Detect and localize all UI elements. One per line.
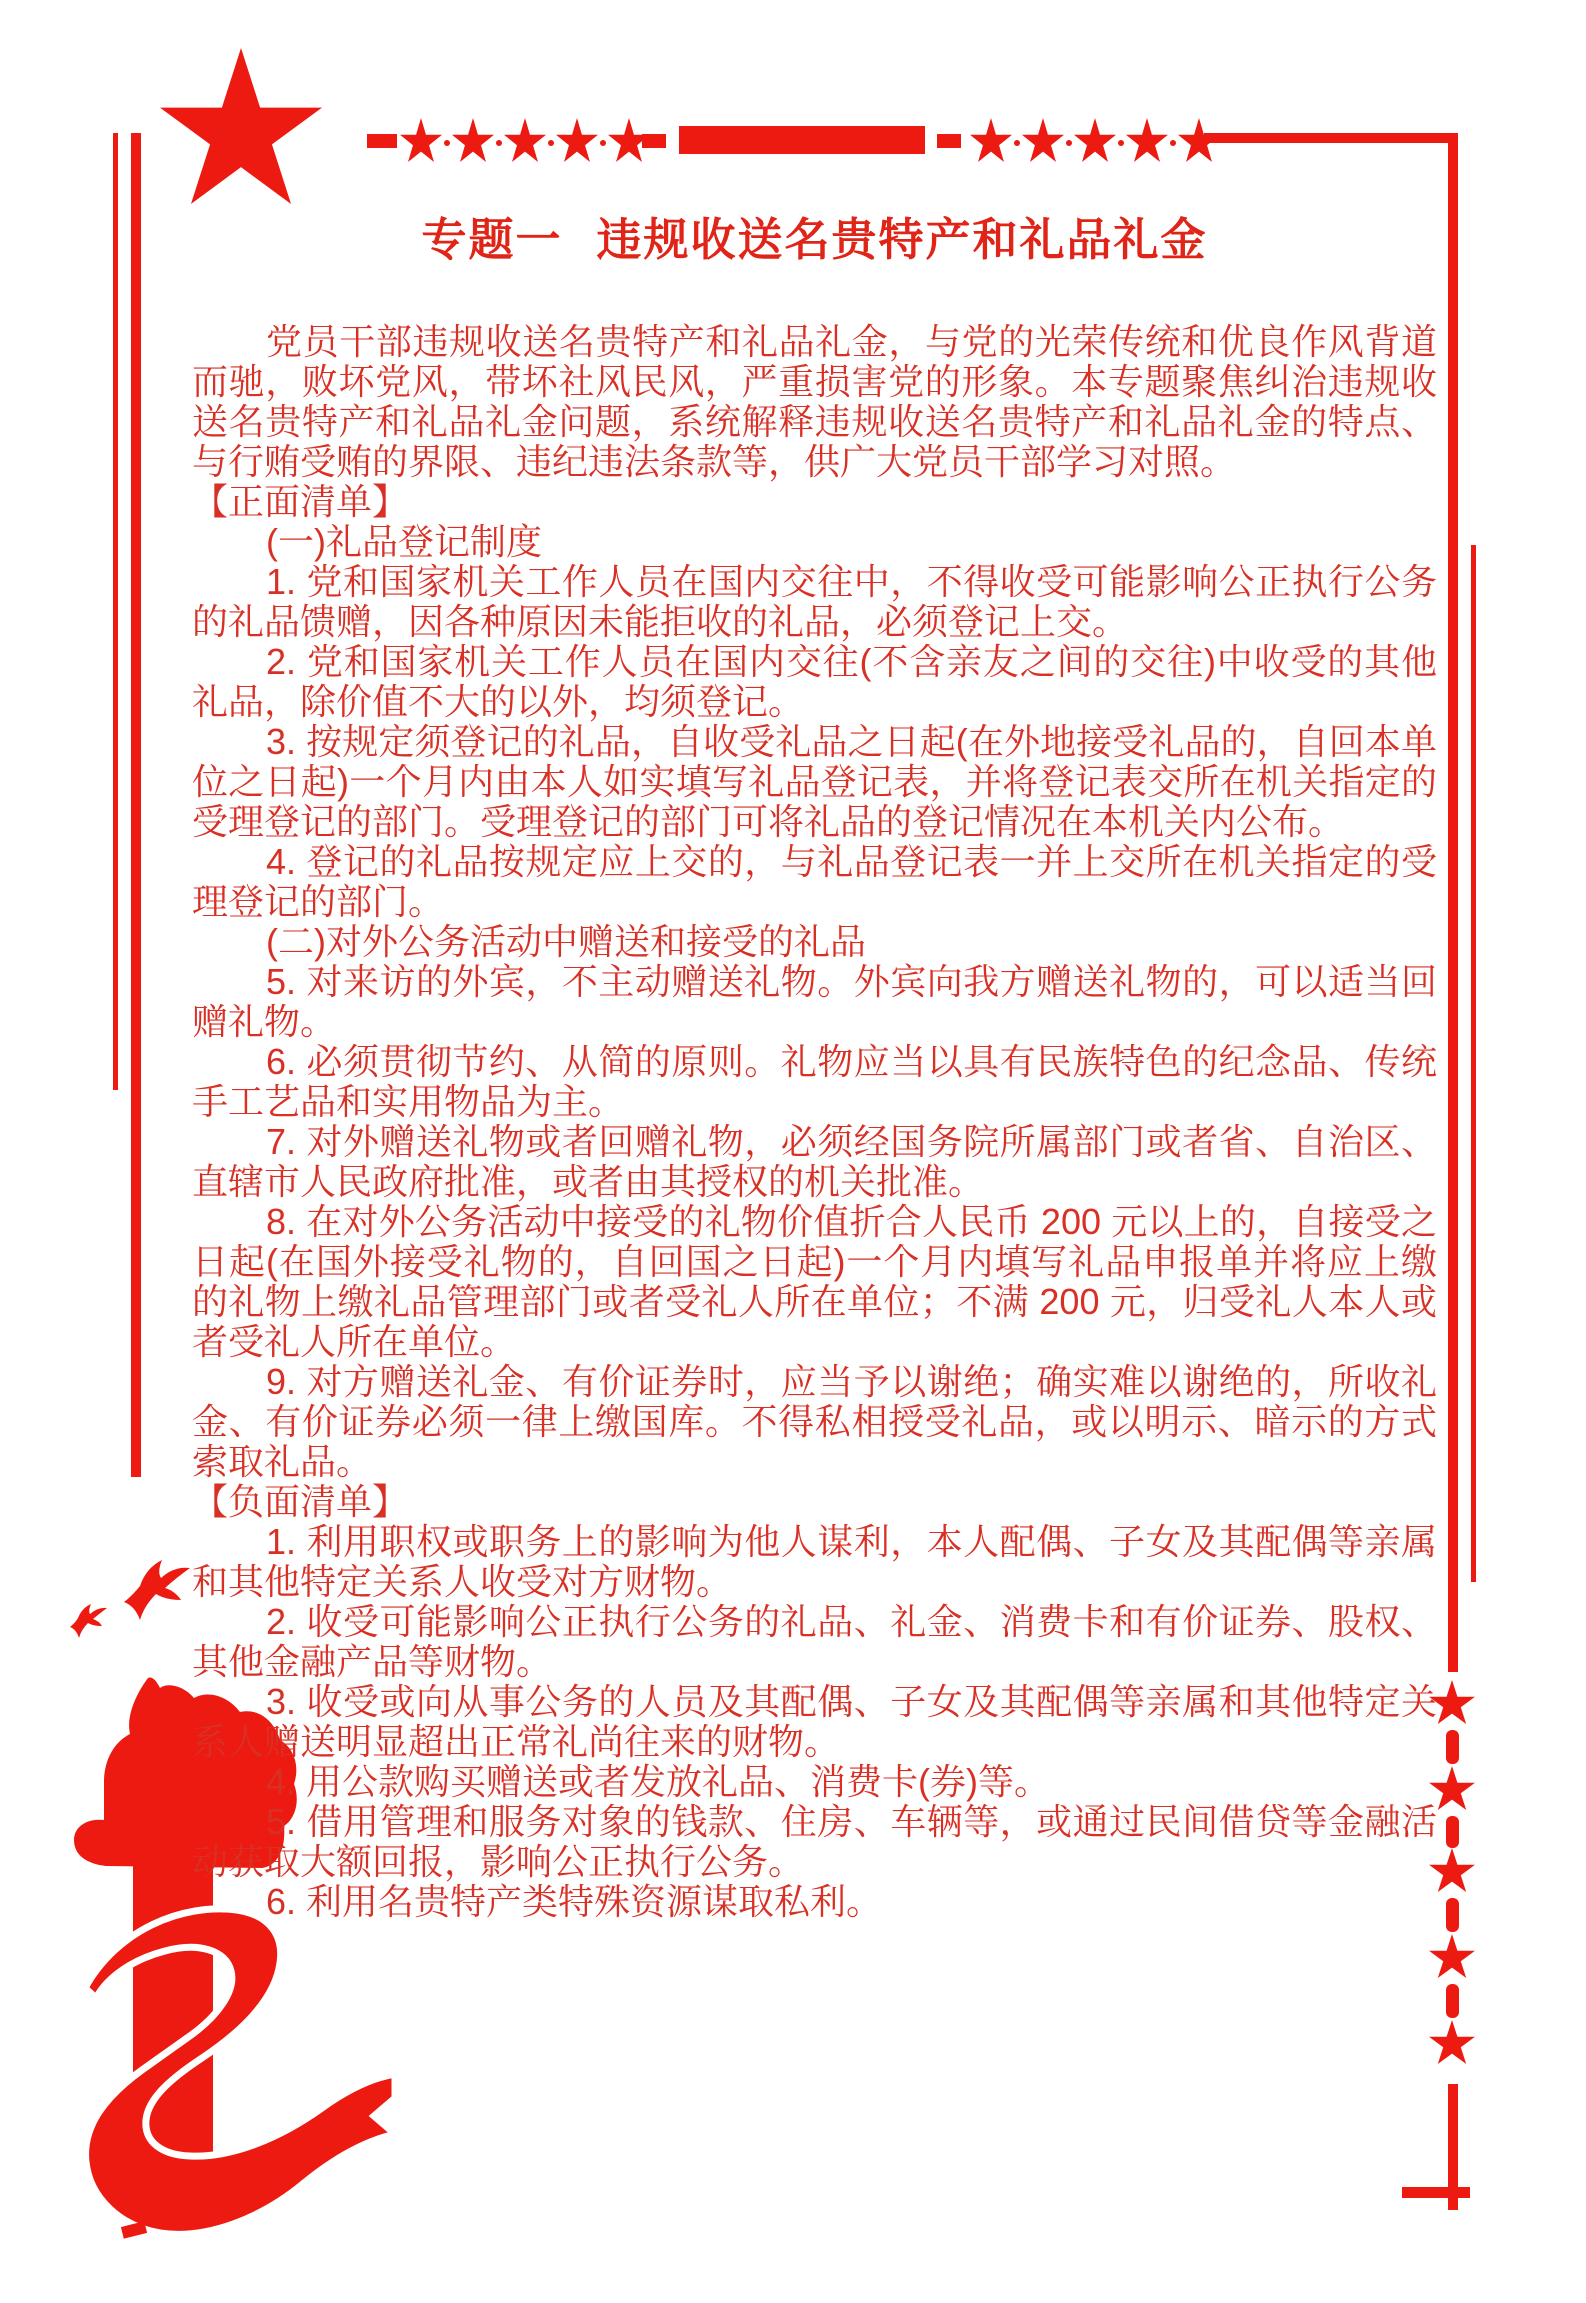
dot-icon — [548, 140, 554, 146]
ornament-dash — [367, 134, 397, 148]
star-icon — [400, 118, 442, 162]
list-item: 1. 利用职权或职务上的影响为他人谋利，本人配偶、子女及其配偶等亲属和其他特定关… — [192, 1522, 1437, 1602]
dot-icon — [1014, 140, 1020, 146]
left-border-thick — [131, 133, 141, 1477]
ornament-vdash — [1446, 1898, 1459, 1932]
list-item: 3. 收受或向从事公务的人员及其配偶、子女及其配偶等亲属和其他特定关系人赠送明显… — [192, 1682, 1437, 1762]
title-prefix: 专题一 — [421, 214, 562, 265]
star-icon — [504, 118, 546, 162]
positive-subsection-1: (一)礼品登记制度 — [192, 522, 1437, 562]
ornament-vdash — [1446, 1730, 1459, 1764]
list-item: 2. 党和国家机关工作人员在国内交往(不含亲友之间的交往)中收受的其他礼品，除价… — [192, 642, 1437, 722]
dot-icon — [1118, 140, 1124, 146]
left-border-thin — [113, 133, 118, 1090]
dove-icon — [124, 1560, 190, 1620]
list-item: 3. 按规定须登记的礼品，自收受礼品之日起(在外地接受礼品的，自回本单位之日起)… — [192, 722, 1437, 842]
negative-list-header: 【负面清单】 — [192, 1482, 1437, 1522]
big-star-icon — [160, 48, 322, 204]
star-icon — [1429, 2020, 1475, 2064]
ornament-dash — [937, 134, 961, 148]
document-page: 专题一违规收送名贵特产和礼品礼金 党员干部违规收送名贵特产和礼品礼金，与党的光荣… — [0, 0, 1586, 2303]
right-border-thick — [1448, 133, 1458, 1672]
list-item: 5. 借用管理和服务对象的钱款、住房、车辆等，或通过民间借贷等金融活动获取大额回… — [192, 1802, 1437, 1882]
star-icon — [556, 118, 598, 162]
ornament-dash — [642, 134, 666, 148]
dot-icon — [600, 140, 606, 146]
list-item: 4. 登记的礼品按规定应上交的，与礼品登记表一并上交所在机关指定的受理登记的部门… — [192, 842, 1437, 922]
positive-subsection-2: (二)对外公务活动中赠送和接受的礼品 — [192, 922, 1437, 962]
star-icon — [1429, 1934, 1475, 1978]
ribbon-shape — [85, 1909, 395, 2234]
star-icon — [1126, 118, 1168, 162]
top-border-line — [1204, 133, 1457, 143]
dove-icons — [62, 1556, 192, 1648]
bottom-right-corner-mark — [1402, 2187, 1470, 2198]
list-item: 5. 对来访的外宾，不主动赠送礼物。外宾向我方赠送礼物的，可以适当回赠礼物。 — [192, 962, 1437, 1042]
star-icon — [1074, 118, 1116, 162]
star-row-left — [400, 117, 650, 163]
page-title: 专题一违规收送名贵特产和礼品礼金 — [192, 212, 1437, 268]
ornament-vdash — [1446, 1816, 1459, 1848]
document-body: 党员干部违规收送名贵特产和礼品礼金，与党的光荣传统和优良作风背道而驰，败坏党风，… — [192, 322, 1437, 1922]
star-row-right — [970, 117, 1220, 163]
list-item: 8. 在对外公务活动中接受的礼物价值折合人民币 200 元以上的，自接受之日起(… — [192, 1202, 1437, 1362]
star-icon — [970, 118, 1012, 162]
dove-icon — [70, 1604, 107, 1638]
star-icon — [1022, 118, 1064, 162]
list-item: 6. 必须贯彻节约、从简的原则。礼物应当以具有民族特色的纪念品、传统手工艺品和实… — [192, 1042, 1437, 1122]
right-border-thin — [1471, 545, 1476, 1582]
dot-icon — [1066, 140, 1072, 146]
positive-list-header: 【正面清单】 — [192, 482, 1437, 522]
list-item: 1. 党和国家机关工作人员在国内交往中，不得收受可能影响公正执行公务的礼品馈赠，… — [192, 562, 1437, 642]
intro-paragraph: 党员干部违规收送名贵特产和礼品礼金，与党的光荣传统和优良作风背道而驰，败坏党风，… — [192, 322, 1437, 482]
dot-icon — [444, 140, 450, 146]
ornament-bar — [679, 126, 925, 154]
list-item: 7. 对外赠送礼物或者回赠礼物，必须经国务院所属部门或者省、自治区、直辖市人民政… — [192, 1122, 1437, 1202]
title-main: 违规收送名贵特产和礼品礼金 — [597, 214, 1208, 265]
star-icon — [452, 118, 494, 162]
list-item: 4. 用公款购买赠送或者发放礼品、消费卡(券)等。 — [192, 1762, 1437, 1802]
list-item: 2. 收受可能影响公正执行公务的礼品、礼金、消费卡和有价证券、股权、其他金融产品… — [192, 1602, 1437, 1682]
ornament-vdash — [1446, 1984, 1459, 2018]
dot-icon — [1170, 140, 1176, 146]
list-item: 9. 对方赠送礼金、有价证券时，应当予以谢绝；确实难以谢绝的，所收礼金、有价证券… — [192, 1362, 1437, 1482]
dot-icon — [496, 140, 502, 146]
list-item: 6. 利用名贵特产类特殊资源谋取私利。 — [192, 1882, 1437, 1922]
